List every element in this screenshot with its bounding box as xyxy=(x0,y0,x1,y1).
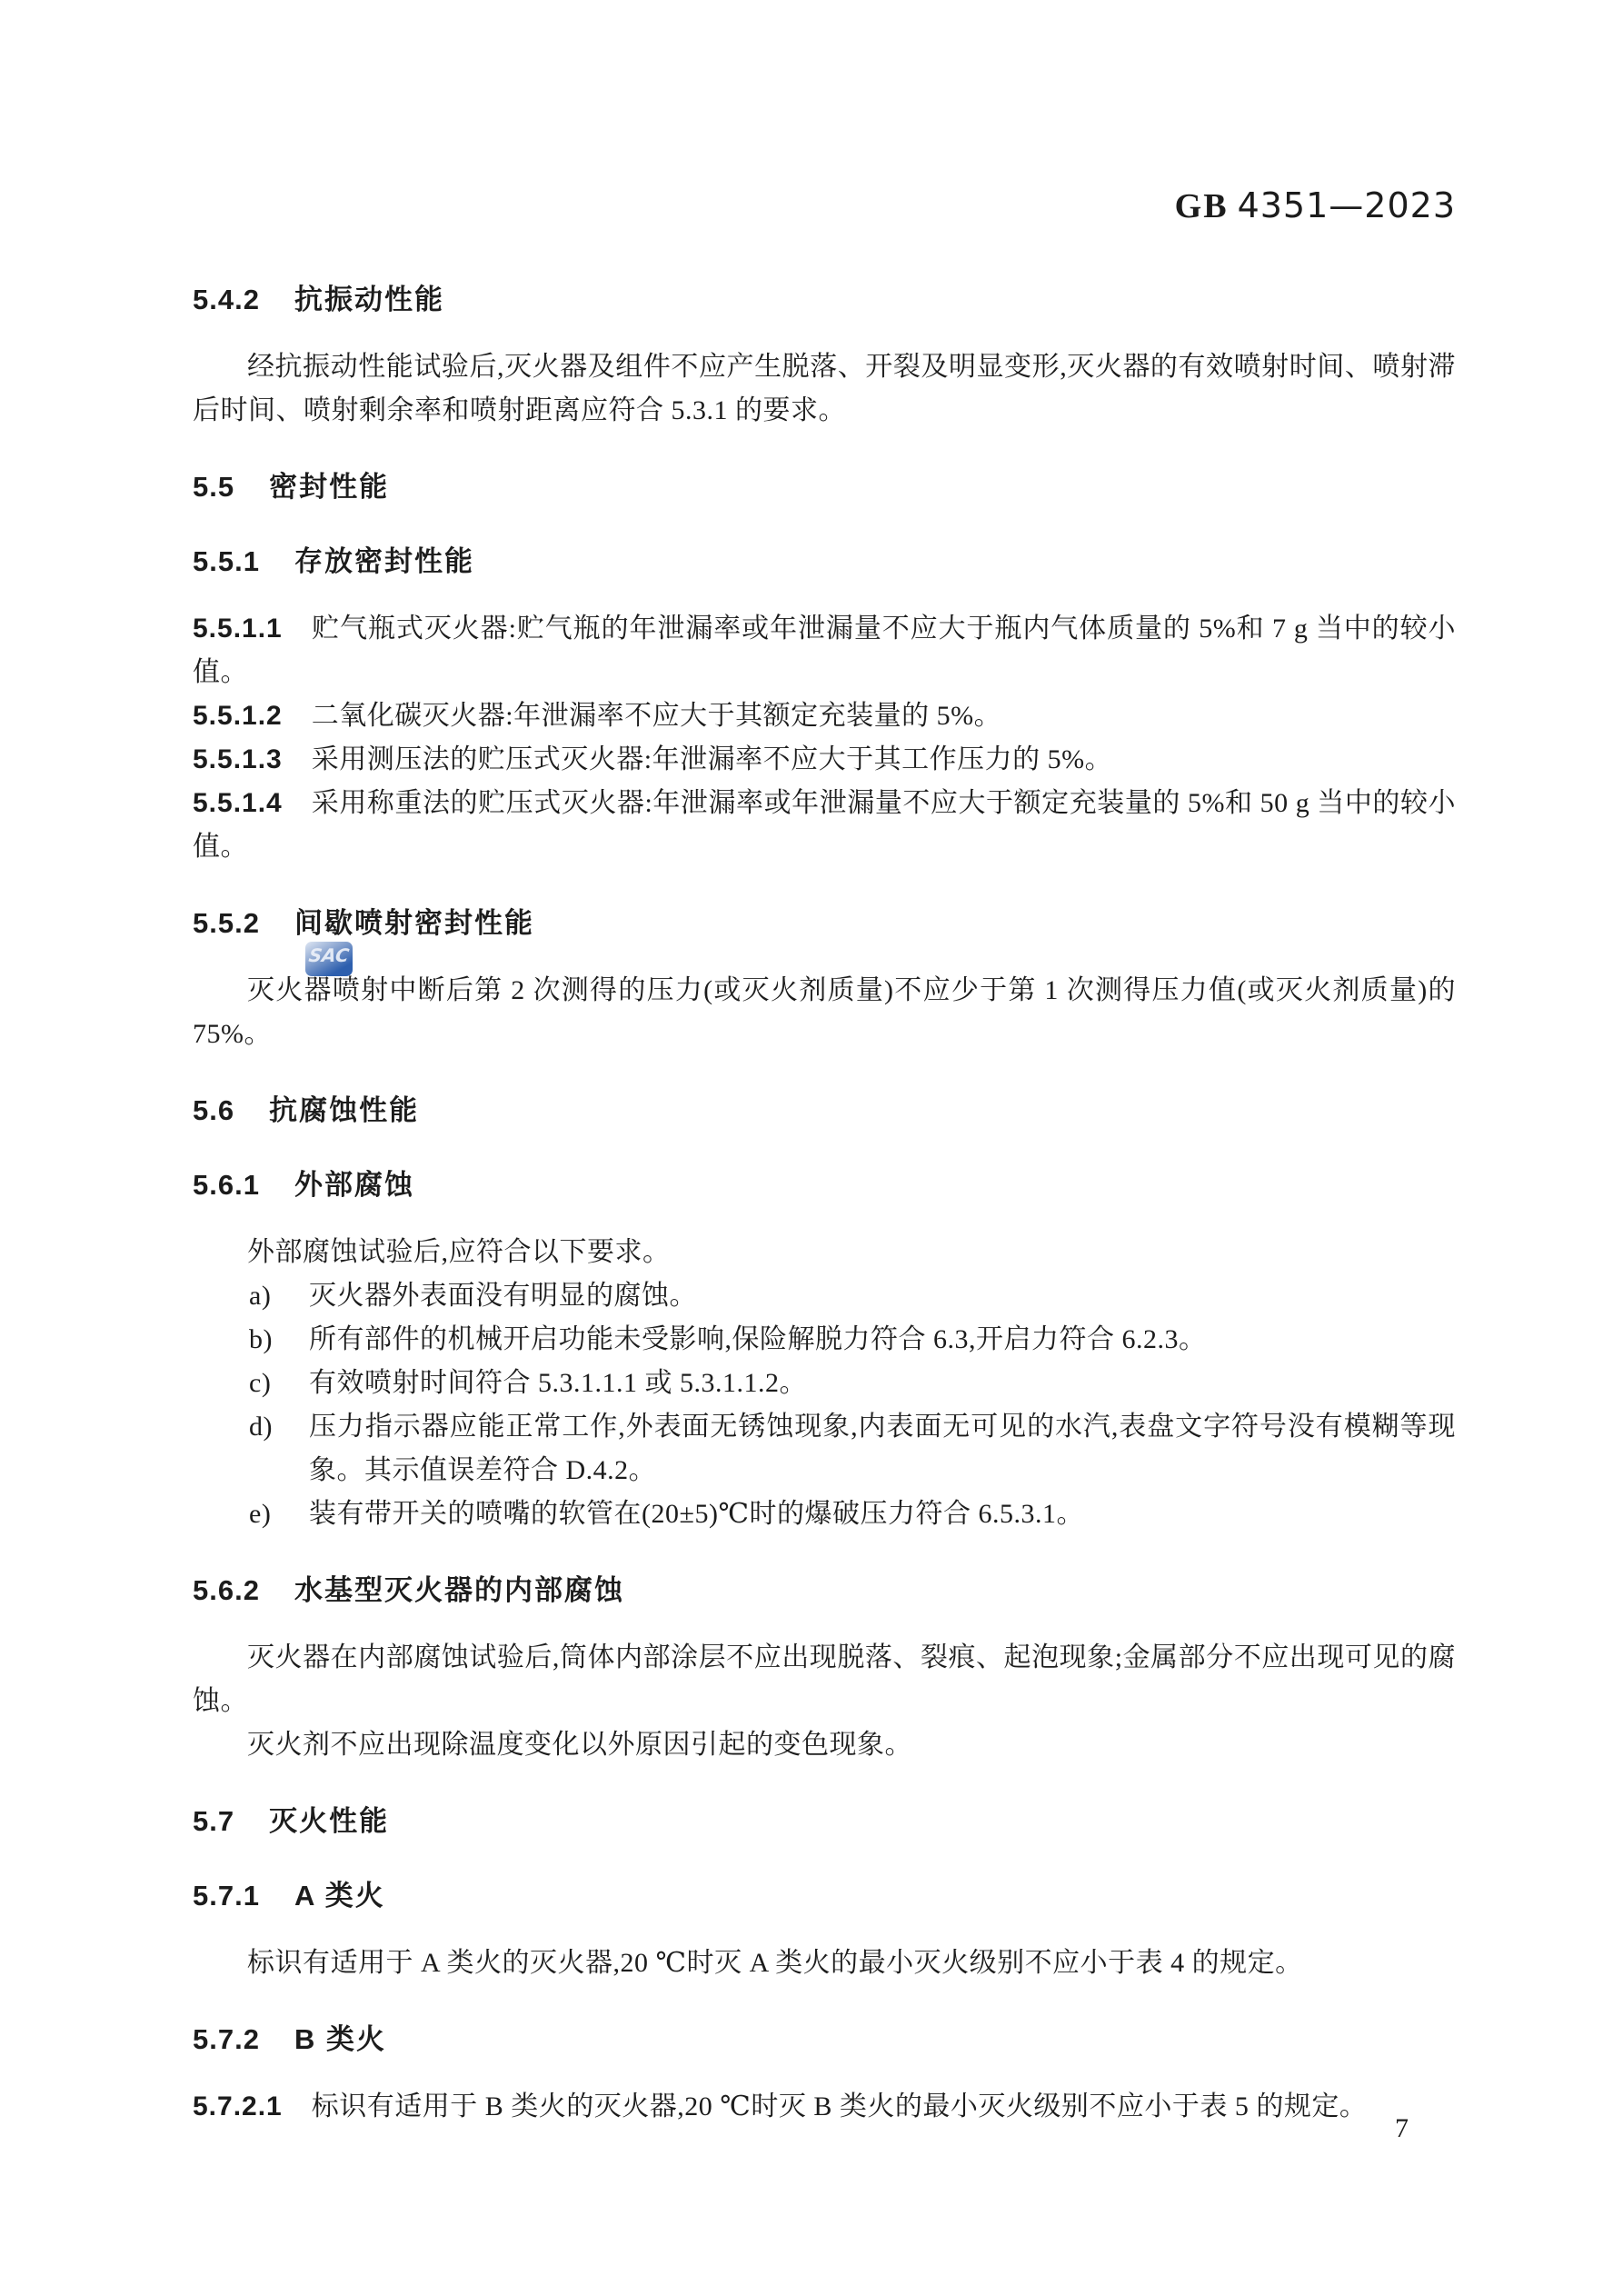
heading-number: 5.4.2 xyxy=(193,284,260,315)
paragraph-5-6-2-2: 灭火剂不应出现除温度变化以外原因引起的变色现象。 xyxy=(193,1723,1456,1767)
clause-5-5-1-3: 5.5.1.3采用测压法的贮压式灭火器:年泄漏率不应大于其工作压力的 5%。 xyxy=(193,738,1456,782)
list-item-b: b)所有部件的机械开启功能未受影响,保险解脱力符合 6.3,开启力符合 6.2.… xyxy=(193,1318,1456,1362)
heading-number: 5.6.1 xyxy=(193,1169,260,1201)
paragraph-5-5-2: 灭火器喷射中断后第 2 次测得的压力(或灭火剂质量)不应少于第 1 次测得压力值… xyxy=(193,969,1456,1056)
heading-title: 灭火性能 xyxy=(269,1805,389,1837)
list-item-c: c)有效喷射时间符合 5.3.1.1.1 或 5.3.1.1.2。 xyxy=(193,1362,1456,1405)
paragraph-5-4-2: 经抗振动性能试验后,灭火器及组件不应产生脱落、开裂及明显变形,灭火器的有效喷射时… xyxy=(193,345,1456,433)
list-item-d: d)压力指示器应能正常工作,外表面无锈蚀现象,内表面无可见的水汽,表盘文字符号没… xyxy=(193,1405,1456,1492)
heading-5-6: 5.6抗腐蚀性能 xyxy=(193,1091,1456,1131)
list-marker: a) xyxy=(249,1274,271,1318)
list-marker: e) xyxy=(249,1492,271,1536)
clause-5-5-1-2: 5.5.1.2二氧化碳灭火器:年泄漏率不应大于其额定充装量的 5%。 xyxy=(193,694,1456,738)
list-text: 灭火器外表面没有明显的腐蚀。 xyxy=(309,1281,697,1311)
page-number: 7 xyxy=(1395,2111,1409,2147)
clause-5-5-1-4: 5.5.1.4采用称重法的贮压式灭火器:年泄漏率或年泄漏量不应大于额定充装量的 … xyxy=(193,782,1456,869)
paragraph-5-6-2-1: 灭火器在内部腐蚀试验后,筒体内部涂层不应出现脱落、裂痕、起泡现象;金属部分不应出… xyxy=(193,1636,1456,1723)
list-text: 有效喷射时间符合 5.3.1.1.1 或 5.3.1.1.2。 xyxy=(309,1368,807,1398)
heading-number: 5.5.1 xyxy=(193,545,260,577)
clause-number: 5.7.2.1 xyxy=(193,2091,283,2121)
list-marker: c) xyxy=(249,1362,271,1405)
clause-number: 5.5.1.1 xyxy=(193,614,283,644)
list-text: 所有部件的机械开启功能未受影响,保险解脱力符合 6.3,开启力符合 6.2.3。 xyxy=(309,1324,1207,1354)
heading-title: 密封性能 xyxy=(269,471,389,503)
clause-number: 5.5.1.2 xyxy=(193,701,283,731)
clause-text: 采用测压法的贮压式灭火器:年泄漏率不应大于其工作压力的 5%。 xyxy=(312,744,1112,774)
heading-5-7: 5.7灭火性能 xyxy=(193,1802,1456,1842)
clause-text: 二氧化碳灭火器:年泄漏率不应大于其额定充装量的 5%。 xyxy=(312,701,1001,731)
document-page: GB4351—2023 SAC 5.4.2抗振动性能 经抗振动性能试验后,灭火器… xyxy=(0,0,1623,2296)
heading-5-5-2: 5.5.2间歇喷射密封性能 xyxy=(193,903,1456,943)
clause-number: 5.5.1.4 xyxy=(193,788,283,818)
paragraph-5-6-1: 外部腐蚀试验后,应符合以下要求。 xyxy=(193,1231,1456,1274)
document-body: 5.4.2抗振动性能 经抗振动性能试验后,灭火器及组件不应产生脱落、开裂及明显变… xyxy=(193,0,1456,2129)
heading-5-6-2: 5.6.2水基型灭火器的内部腐蚀 xyxy=(193,1571,1456,1611)
list-marker: d) xyxy=(249,1405,273,1449)
heading-5-5: 5.5密封性能 xyxy=(193,467,1456,507)
heading-title: 抗振动性能 xyxy=(294,284,444,315)
heading-number: 5.6 xyxy=(193,1094,234,1126)
clause-text: 贮气瓶式灭火器:贮气瓶的年泄漏率或年泄漏量不应大于瓶内气体质量的 5%和 7 g… xyxy=(193,614,1456,687)
list-item-e: e)装有带开关的喷嘴的软管在(20±5)℃时的爆破压力符合 6.5.3.1。 xyxy=(193,1492,1456,1536)
heading-number: 5.7.1 xyxy=(193,1880,260,1912)
heading-title: 水基型灭火器的内部腐蚀 xyxy=(294,1574,624,1606)
list-item-a: a)灭火器外表面没有明显的腐蚀。 xyxy=(193,1274,1456,1318)
heading-5-7-2: 5.7.2B 类火 xyxy=(193,2020,1456,2060)
heading-title: 存放密封性能 xyxy=(294,545,474,577)
list-text: 压力指示器应能正常工作,外表面无锈蚀现象,内表面无可见的水汽,表盘文字符号没有模… xyxy=(309,1412,1456,1485)
heading-title: 外部腐蚀 xyxy=(294,1169,414,1201)
heading-title: 抗腐蚀性能 xyxy=(269,1094,419,1126)
heading-number: 5.7.2 xyxy=(193,2023,260,2055)
heading-5-5-1: 5.5.1存放密封性能 xyxy=(193,542,1456,582)
heading-number: 5.5.2 xyxy=(193,907,260,939)
heading-number: 5.5 xyxy=(193,471,234,503)
clause-number: 5.5.1.3 xyxy=(193,744,283,774)
heading-title: A 类火 xyxy=(294,1880,385,1912)
list-text: 装有带开关的喷嘴的软管在(20±5)℃时的爆破压力符合 6.5.3.1。 xyxy=(309,1499,1084,1529)
heading-5-6-1: 5.6.1外部腐蚀 xyxy=(193,1165,1456,1205)
heading-title: 间歇喷射密封性能 xyxy=(294,907,534,939)
heading-5-7-1: 5.7.1A 类火 xyxy=(193,1876,1456,1916)
clause-5-5-1-1: 5.5.1.1贮气瓶式灭火器:贮气瓶的年泄漏率或年泄漏量不应大于瓶内气体质量的 … xyxy=(193,607,1456,694)
heading-5-4-2: 5.4.2抗振动性能 xyxy=(193,280,1456,320)
clause-text: 标识有适用于 B 类火的灭火器,20 ℃时灭 B 类火的最小灭火级别不应小于表 … xyxy=(312,2091,1368,2121)
heading-number: 5.6.2 xyxy=(193,1574,260,1606)
heading-title: B 类火 xyxy=(294,2023,386,2055)
paragraph-5-7-1: 标识有适用于 A 类火的灭火器,20 ℃时灭 A 类火的最小灭火级别不应小于表 … xyxy=(193,1942,1456,1985)
clause-5-7-2-1: 5.7.2.1标识有适用于 B 类火的灭火器,20 ℃时灭 B 类火的最小灭火级… xyxy=(193,2085,1456,2129)
clause-text: 采用称重法的贮压式灭火器:年泄漏率或年泄漏量不应大于额定充装量的 5%和 50 … xyxy=(193,788,1456,862)
heading-number: 5.7 xyxy=(193,1805,234,1837)
list-marker: b) xyxy=(249,1318,273,1362)
